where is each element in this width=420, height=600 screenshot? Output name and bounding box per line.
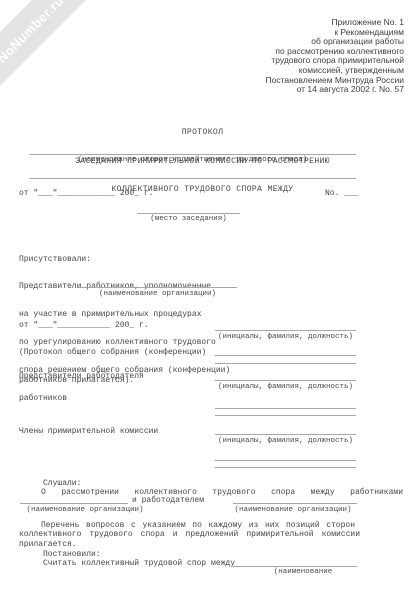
organization-caption: (наименование организации) xyxy=(78,290,237,299)
workers-signature-line xyxy=(215,330,356,331)
heard-org-caption-left: (наименование организации) xyxy=(20,506,150,515)
protocol-note-line: (Протокол общего собрания (конференции) xyxy=(19,348,206,357)
parties-blank-line-2 xyxy=(29,178,356,179)
employer-signature-line xyxy=(215,380,356,381)
heard-org-caption-right: (наименование организации) xyxy=(228,506,358,515)
parties-blank-line xyxy=(29,154,356,155)
questions-paragraph-line-2: коллективного трудового спора и предложе… xyxy=(19,530,360,539)
employer-signature-line-3 xyxy=(215,415,356,416)
members-label: Члены примирительной комиссии xyxy=(19,427,158,436)
document-page: NoNumber.ru Приложение No. 1 к Рекоменда… xyxy=(0,0,420,600)
members-signature-line-2 xyxy=(215,460,356,461)
watermark-text: NoNumber.ru xyxy=(0,0,66,65)
annex-line: от 14 августа 2002 г. No. 57 xyxy=(266,85,405,95)
questions-paragraph-line-3: прилагается. xyxy=(19,540,77,549)
resolved-line: Считать коллективный трудовой спор между xyxy=(43,559,235,568)
attendees-line: Присутствовали: xyxy=(19,255,230,264)
protocol-note: от "___"___________ 200_ г. (Протокол об… xyxy=(19,302,206,404)
title-line: ПРОТОКОЛ xyxy=(20,128,385,138)
place-caption: (место заседания) xyxy=(137,215,240,224)
watermark-banner: NoNumber.ru xyxy=(0,0,121,120)
parties-caption: (наименование сторон коллективного трудо… xyxy=(29,156,356,165)
employer-label: Представители работодателя xyxy=(19,372,144,381)
workers-signature-line-3 xyxy=(215,363,356,364)
heard-org-blank-left xyxy=(20,503,128,504)
organization-blank-line xyxy=(78,287,237,288)
date-field: от "___"____________ 200_ г. xyxy=(19,189,153,198)
place-blank-line xyxy=(137,213,240,214)
heard-label: Слушали: xyxy=(43,479,81,488)
members-signature-line-3 xyxy=(215,467,356,468)
resolved-caption: (наименование xyxy=(272,568,334,577)
employer-signature-line-2 xyxy=(215,408,356,409)
resolved-blank-line xyxy=(233,566,357,567)
heard-org-blank-right xyxy=(233,503,357,504)
members-initials-caption: (инициалы, фамилия, должность) xyxy=(215,437,356,446)
resolved-label: Постановили: xyxy=(43,550,101,559)
employer-initials-caption: (инициалы, фамилия, должность) xyxy=(215,383,356,392)
heard-conjunction: и работодателем xyxy=(132,496,204,505)
workers-signature-line-2 xyxy=(215,355,356,356)
questions-paragraph-line: Перечень вопросов с указанием по каждому… xyxy=(41,521,355,530)
heard-subject-line: О рассмотрении коллективного трудового с… xyxy=(41,488,403,497)
annex-reference-block: Приложение No. 1 к Рекомендациям об орга… xyxy=(266,18,405,95)
workers-initials-caption: (инициалы, фамилия, должность) xyxy=(215,333,356,342)
protocol-note-line: от "___"___________ 200_ г. xyxy=(19,321,206,330)
members-signature-line xyxy=(215,434,356,435)
number-field: No. ___ xyxy=(325,189,359,198)
